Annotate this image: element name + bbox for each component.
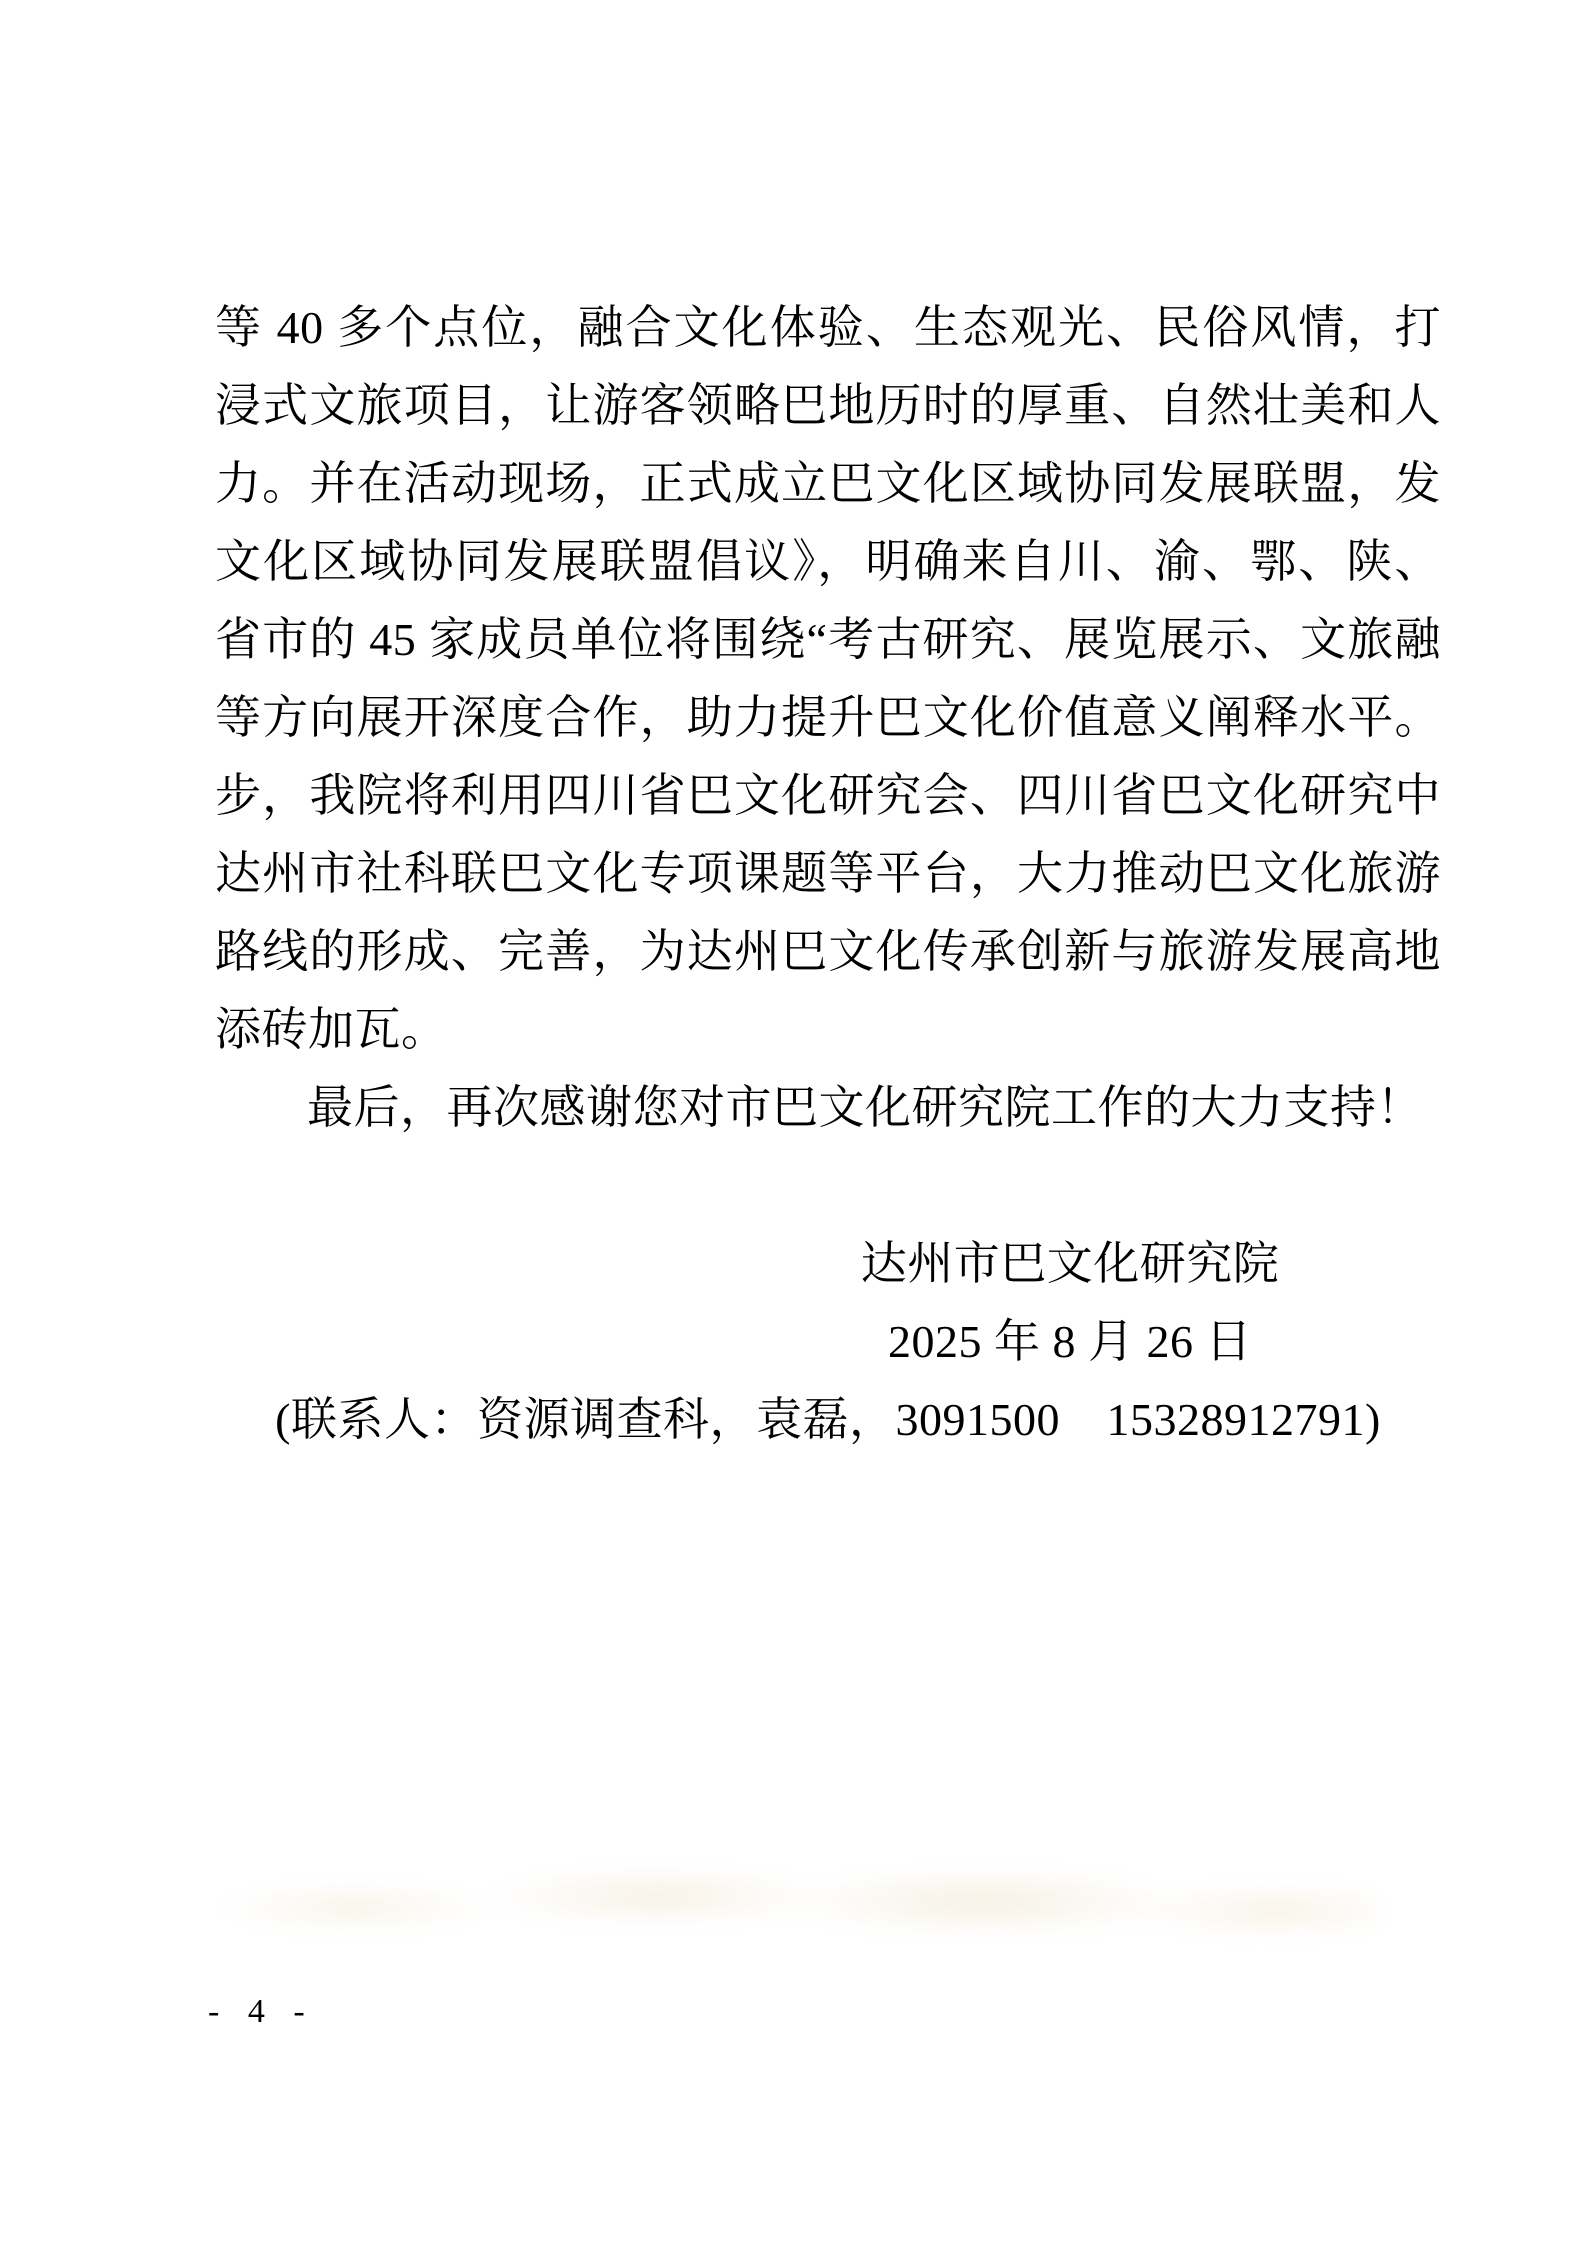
body-line: 路线的形成、完善，为达州巴文化传承创新与旅游发展高地建设 (215, 913, 1441, 991)
body-text: 等 40 多个点位，融合文化体验、生态观光、民俗风情，打造沉 浸式文旅项目，让游… (215, 289, 1441, 1459)
document-page: 等 40 多个点位，融合文化体验、生态观光、民俗风情，打造沉 浸式文旅项目，让游… (0, 0, 1587, 2245)
bleed-through-smudge (215, 1846, 1380, 1958)
body-line: 浸式文旅项目，让游客领略巴地历时的厚重、自然壮美和人文魅 (215, 367, 1441, 445)
body-line: 省市的 45 家成员单位将围绕“考古研究、展览展示、文旅融合” (215, 601, 1441, 679)
body-line: 步，我院将利用四川省巴文化研究会、四川省巴文化研究中心和 (215, 757, 1441, 835)
body-line: 等 40 多个点位，融合文化体验、生态观光、民俗风情，打造沉 (215, 289, 1441, 367)
contact-line: (联系人：资源调查科，袁磊，3091500 15328912791) (215, 1381, 1441, 1459)
page-number: - 4 - (208, 1992, 312, 2032)
body-line: 达州市社科联巴文化专项课题等平台，大力推动巴文化旅游精品 (215, 835, 1441, 913)
closing-thanks-line: 最后，再次感谢您对市巴文化研究院工作的大力支持！ (215, 1069, 1441, 1147)
body-line: 添砖加瓦。 (215, 991, 1441, 1069)
body-line: 等方向展开深度合作，助力提升巴文化价值意义阐释水平。下一 (215, 679, 1441, 757)
signature-org: 达州市巴文化研究院 (790, 1225, 1350, 1303)
body-line: 文化区域协同发展联盟倡议》，明确来自川、渝、鄂、陕、黔 5 (215, 523, 1441, 601)
signature-block: 达州市巴文化研究院 2025 年 8 月 26 日 (790, 1225, 1350, 1381)
signature-date: 2025 年 8 月 26 日 (790, 1303, 1350, 1381)
body-line: 力。并在活动现场，正式成立巴文化区域协同发展联盟，发布《巴 (215, 445, 1441, 523)
